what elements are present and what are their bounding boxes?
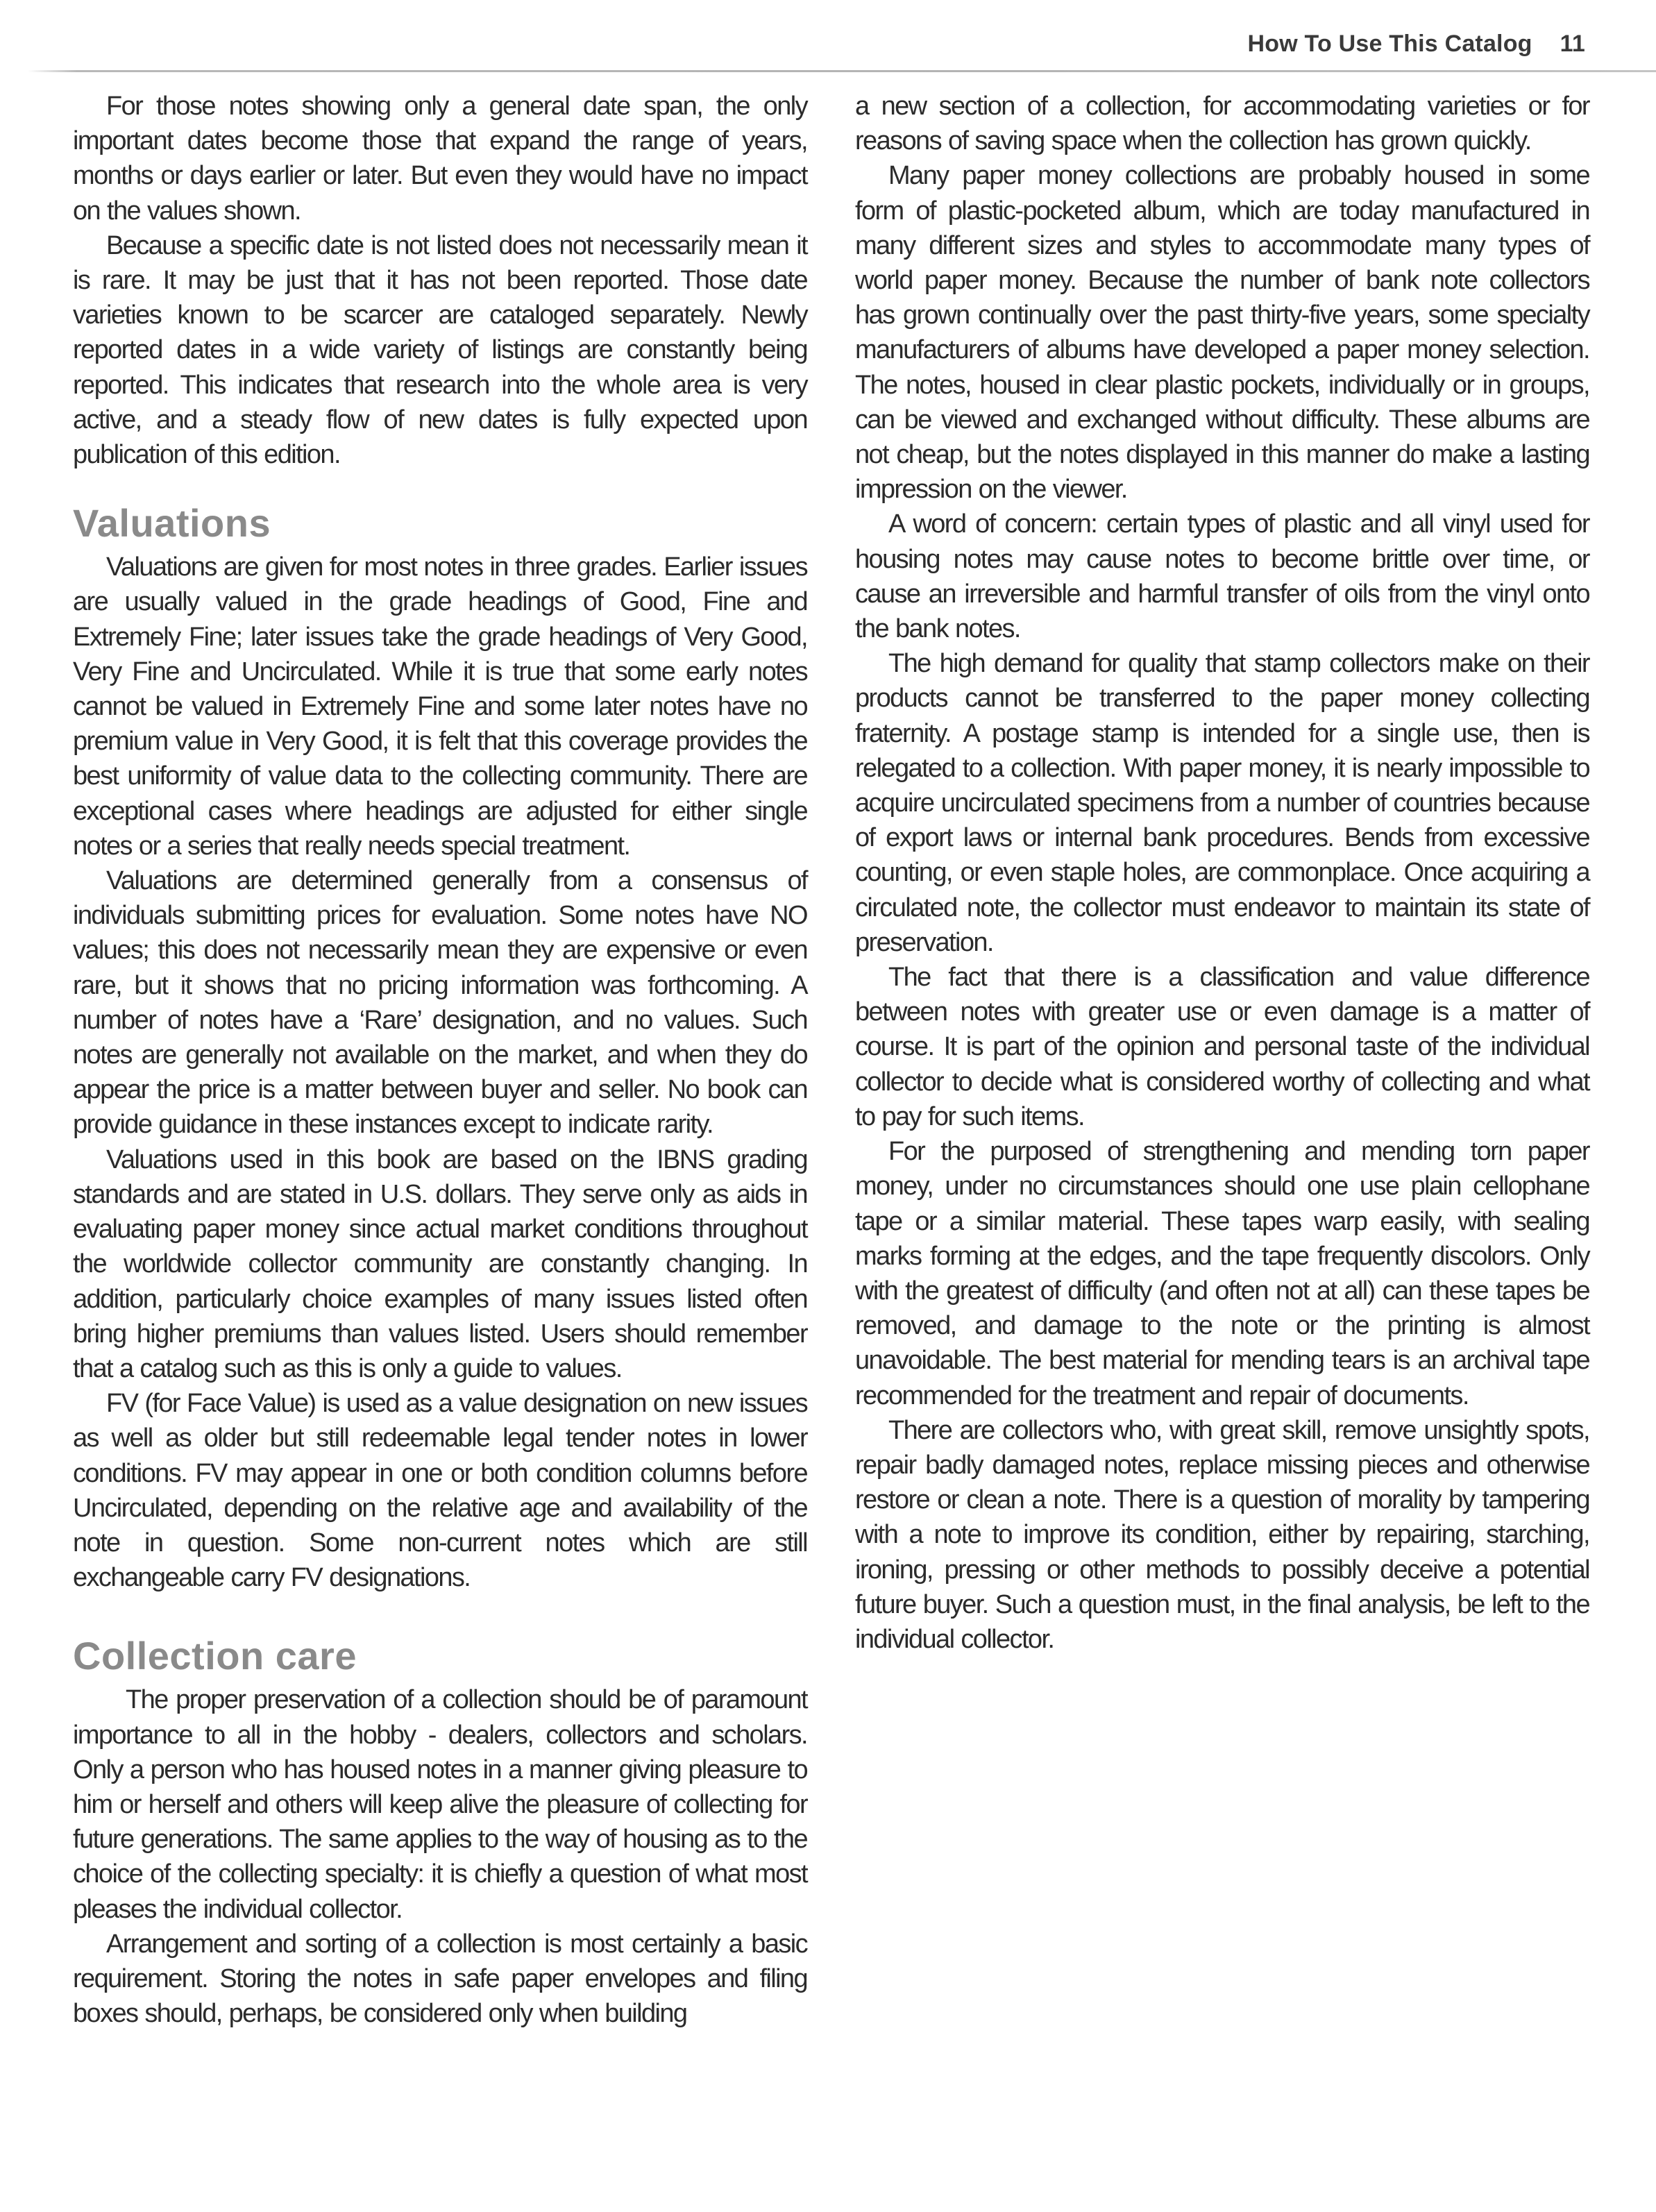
paragraph-albums: Many paper money collections are probabl… [855, 158, 1589, 507]
section-heading-collection-care: Collection care [73, 1635, 807, 1677]
section-heading-valuations: Valuations [73, 503, 807, 544]
page-number: 11 [1560, 31, 1585, 58]
paragraph-valuation-grades: Valuations are given for most notes in t… [73, 550, 807, 863]
header-rule-divider [28, 70, 1656, 72]
paragraph-preservation: The proper preservation of a collection … [73, 1682, 807, 1926]
paragraph-valuation-consensus: Valuations are determined generally from… [73, 863, 807, 1142]
paragraph-date-span: For those notes showing only a general d… [73, 89, 807, 228]
right-column: a new section of a collection, for accom… [855, 89, 1589, 1657]
paragraph-arrangement: Arrangement and sorting of a collection … [73, 1927, 807, 2032]
paragraph-vinyl-concern: A word of concern: certain types of plas… [855, 507, 1589, 646]
left-column: For those notes showing only a general d… [73, 89, 807, 2031]
paragraph-valuation-ibns: Valuations used in this book are based o… [73, 1142, 807, 1386]
paragraph-classification: The fact that there is a classification … [855, 960, 1589, 1134]
paragraph-unlisted-dates: Because a specific date is not listed do… [73, 228, 807, 472]
paragraph-new-section-continued: a new section of a collection, for accom… [855, 89, 1589, 158]
paragraph-restoration-morality: There are collectors who, with great ski… [855, 1413, 1589, 1657]
paragraph-stamp-comparison: The high demand for quality that stamp c… [855, 646, 1589, 960]
paragraph-mending-tape: For the purposed of strengthening and me… [855, 1134, 1589, 1413]
running-title: How To Use This Catalog [1248, 31, 1532, 58]
running-header: How To Use This Catalog 11 [1248, 31, 1585, 58]
paragraph-face-value: FV (for Face Value) is used as a value d… [73, 1386, 807, 1595]
